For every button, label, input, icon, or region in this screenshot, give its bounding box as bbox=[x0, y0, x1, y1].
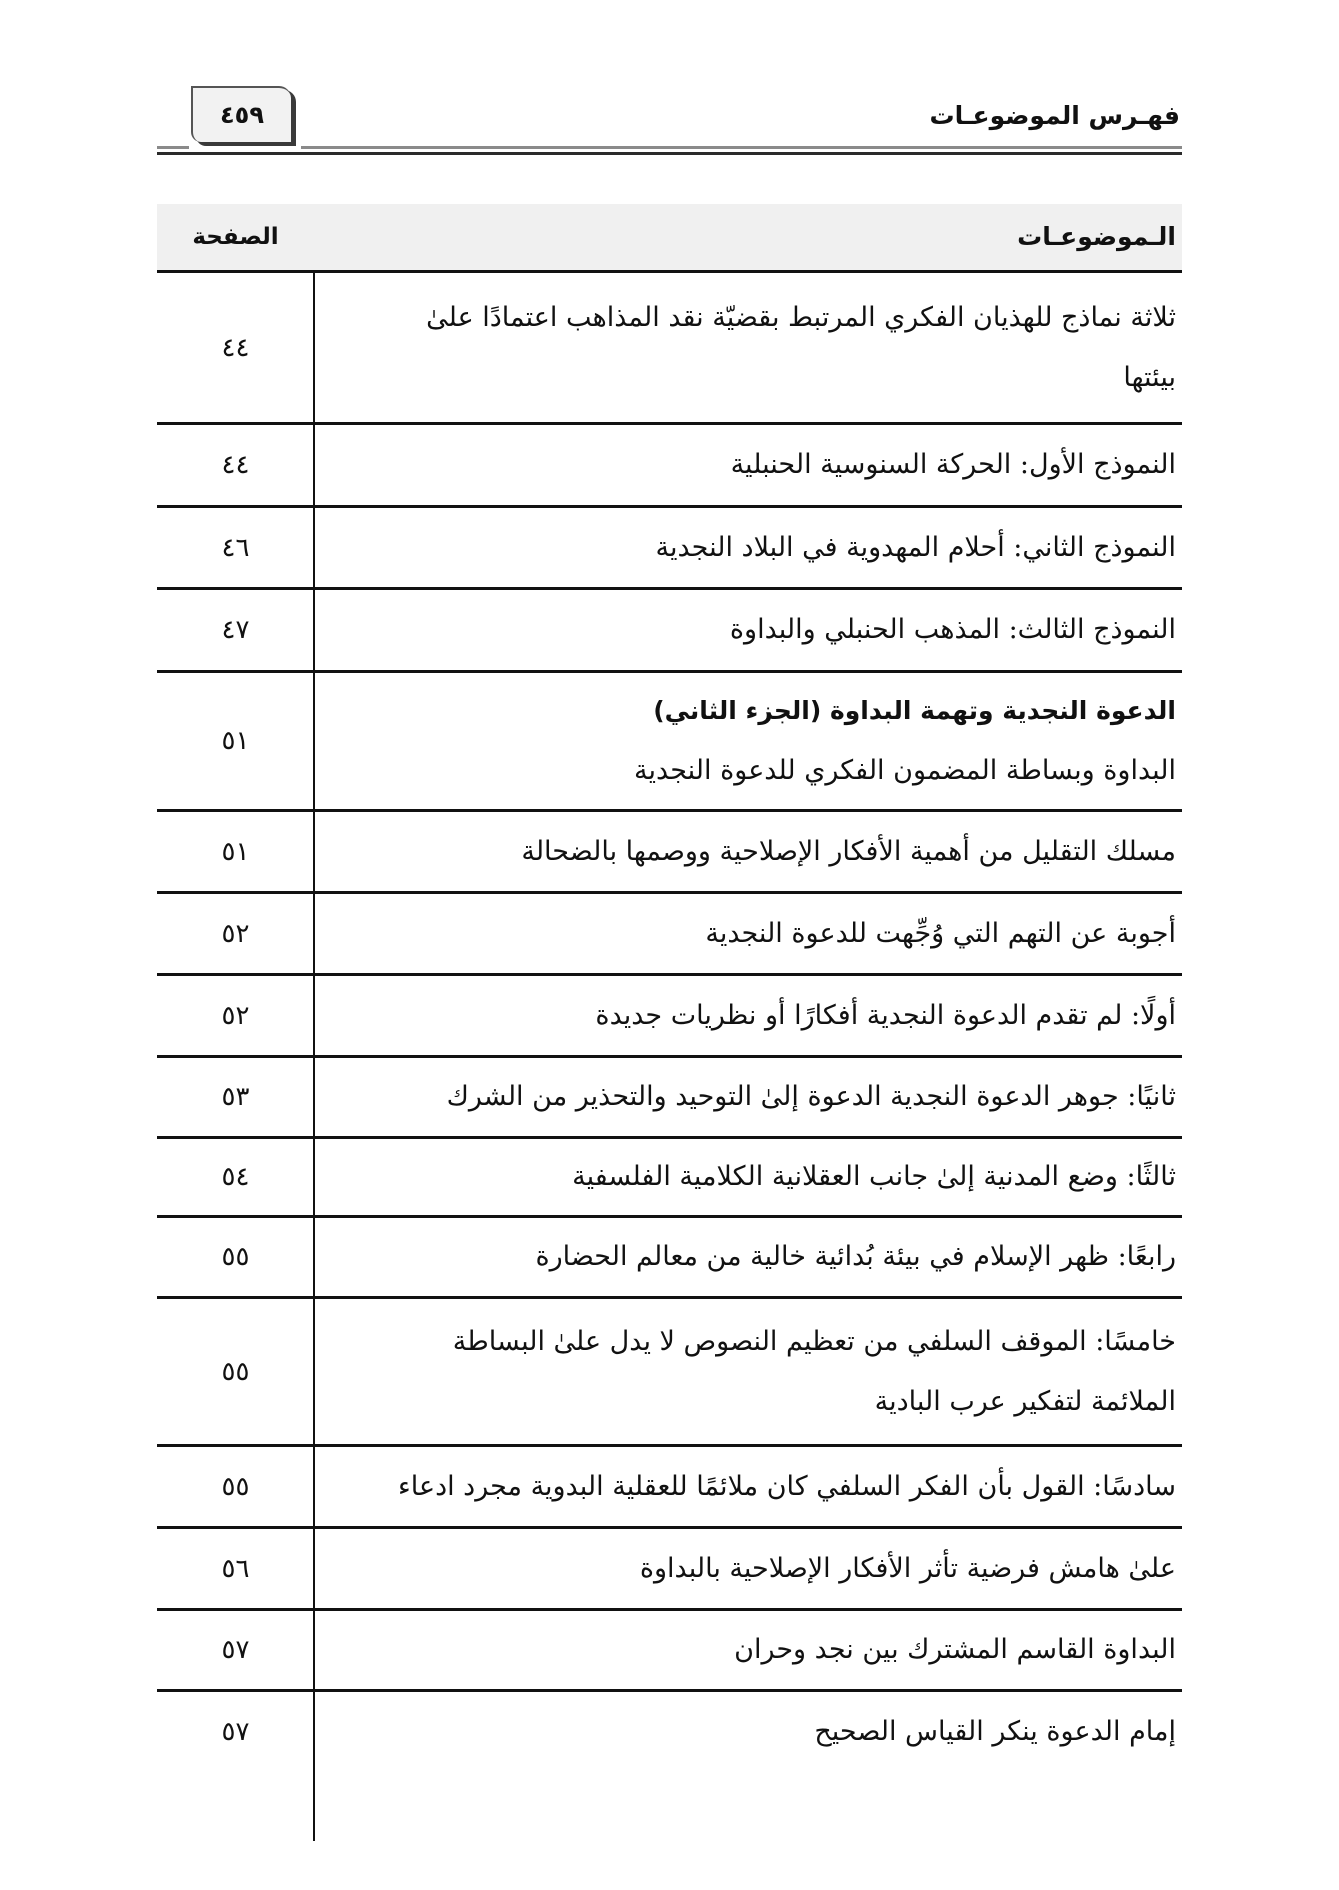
toc-topic-cell: إمام الدعوة ينكر القياس الصحيح bbox=[329, 1692, 1176, 1772]
toc-topic-cell: أجوبة عن التهم التي وُجِّهت للدعوة النجد… bbox=[329, 894, 1176, 973]
toc-row: أولًا: لم تقدم الدعوة النجدية أفكارًا أو… bbox=[157, 976, 1182, 1058]
toc-page-number: ٥٧ bbox=[157, 1692, 314, 1772]
toc-body: ثلاثة نماذج للهذيان الفكري المرتبط بقضيّ… bbox=[157, 273, 1182, 1772]
toc-row: النموذج الأول: الحركة السنوسية الحنبلية … bbox=[157, 425, 1182, 508]
toc-row: خامسًا: الموقف السلفي من تعظيم النصوص لا… bbox=[157, 1299, 1182, 1447]
toc-row: الدعوة النجدية وتهمة البداوة (الجزء الثا… bbox=[157, 673, 1182, 812]
running-header-title: فهـرس الموضوعـات bbox=[929, 96, 1180, 136]
toc-topic-line: النموذج الأول: الحركة السنوسية الحنبلية bbox=[731, 435, 1176, 495]
header-rule-gray-left bbox=[157, 146, 189, 149]
toc-topic-line: ثلاثة نماذج للهذيان الفكري المرتبط بقضيّ… bbox=[426, 288, 1176, 348]
toc-topic-cell: أولًا: لم تقدم الدعوة النجدية أفكارًا أو… bbox=[329, 976, 1176, 1055]
toc-page-number: ٥٥ bbox=[157, 1447, 314, 1526]
toc-topic-line: علىٰ هامش فرضية تأثر الأفكار الإصلاحية ب… bbox=[640, 1539, 1176, 1599]
toc-topic-cell: ثالثًا: وضع المدنية إلىٰ جانب العقلانية … bbox=[329, 1139, 1176, 1215]
toc-row: أجوبة عن التهم التي وُجِّهت للدعوة النجد… bbox=[157, 894, 1182, 976]
toc-row: علىٰ هامش فرضية تأثر الأفكار الإصلاحية ب… bbox=[157, 1529, 1182, 1611]
toc-topic-cell: رابعًا: ظهر الإسلام في بيئة بُدائية خالي… bbox=[329, 1218, 1176, 1296]
toc-topic-cell: الدعوة النجدية وتهمة البداوة (الجزء الثا… bbox=[329, 673, 1176, 809]
toc-topic-line: البداوة القاسم المشترك بين نجد وحران bbox=[734, 1620, 1176, 1680]
toc-topic-line: أجوبة عن التهم التي وُجِّهت للدعوة النجد… bbox=[705, 904, 1176, 964]
toc-topic-cell: خامسًا: الموقف السلفي من تعظيم النصوص لا… bbox=[329, 1299, 1176, 1444]
toc-page-number: ٥٥ bbox=[157, 1299, 314, 1444]
toc-row: ثالثًا: وضع المدنية إلىٰ جانب العقلانية … bbox=[157, 1139, 1182, 1218]
toc-row: النموذج الثاني: أحلام المهدوية في البلاد… bbox=[157, 508, 1182, 590]
toc-topic-line: أولًا: لم تقدم الدعوة النجدية أفكارًا أو… bbox=[595, 986, 1176, 1046]
toc-page-number: ٤٧ bbox=[157, 590, 314, 670]
header-rule-dark bbox=[157, 152, 1182, 155]
header-rule-gray-right bbox=[301, 146, 1182, 149]
toc-topic-cell: ثانيًا: جوهر الدعوة النجدية الدعوة إلىٰ … bbox=[329, 1058, 1176, 1136]
toc-section-heading: الدعوة النجدية وتهمة البداوة (الجزء الثا… bbox=[653, 681, 1176, 741]
toc-page-number: ٥٦ bbox=[157, 1529, 314, 1608]
toc-row: رابعًا: ظهر الإسلام في بيئة بُدائية خالي… bbox=[157, 1218, 1182, 1299]
toc-page-number: ٥٧ bbox=[157, 1611, 314, 1689]
toc-page-number: ٥٢ bbox=[157, 894, 314, 973]
toc-topic-line: رابعًا: ظهر الإسلام في بيئة بُدائية خالي… bbox=[535, 1227, 1176, 1287]
toc-row: مسلك التقليل من أهمية الأفكار الإصلاحية … bbox=[157, 812, 1182, 894]
toc-topic-line: ثانيًا: جوهر الدعوة النجدية الدعوة إلىٰ … bbox=[447, 1067, 1176, 1127]
toc-topic-line: ثالثًا: وضع المدنية إلىٰ جانب العقلانية … bbox=[572, 1147, 1176, 1207]
toc-topic-line: النموذج الثالث: المذهب الحنبلي والبداوة bbox=[730, 600, 1176, 660]
toc-page-number: ٥٢ bbox=[157, 976, 314, 1055]
toc-topic-cell: ثلاثة نماذج للهذيان الفكري المرتبط بقضيّ… bbox=[329, 273, 1176, 422]
toc-page-number: ٥٥ bbox=[157, 1218, 314, 1296]
page-number-box: ٤٥٩ bbox=[191, 86, 291, 142]
toc-table: الـموضوعـات الصفحة ثلاثة نماذج للهذيان ا… bbox=[157, 204, 1182, 1772]
toc-row: النموذج الثالث: المذهب الحنبلي والبداوة … bbox=[157, 590, 1182, 673]
toc-page-number: ٥٣ bbox=[157, 1058, 314, 1136]
toc-topic-cell: مسلك التقليل من أهمية الأفكار الإصلاحية … bbox=[329, 812, 1176, 891]
column-header-topics: الـموضوعـات bbox=[1017, 212, 1176, 262]
toc-page-number: ٥١ bbox=[157, 812, 314, 891]
toc-page-number: ٤٦ bbox=[157, 508, 314, 587]
toc-topic-line: بيئتها bbox=[1123, 348, 1176, 408]
toc-topic-line: البداوة وبساطة المضمون الفكري للدعوة الن… bbox=[634, 741, 1176, 801]
toc-topic-cell: النموذج الأول: الحركة السنوسية الحنبلية bbox=[329, 425, 1176, 505]
toc-topic-line: النموذج الثاني: أحلام المهدوية في البلاد… bbox=[656, 518, 1177, 578]
toc-topic-line: مسلك التقليل من أهمية الأفكار الإصلاحية … bbox=[521, 822, 1176, 882]
toc-page-number: ٤٤ bbox=[157, 273, 314, 422]
toc-topic-line: الملائمة لتفكير عرب البادية bbox=[875, 1372, 1176, 1432]
toc-topic-cell: البداوة القاسم المشترك بين نجد وحران bbox=[329, 1611, 1176, 1689]
toc-topic-cell: علىٰ هامش فرضية تأثر الأفكار الإصلاحية ب… bbox=[329, 1529, 1176, 1608]
toc-topic-line: خامسًا: الموقف السلفي من تعظيم النصوص لا… bbox=[453, 1312, 1176, 1372]
column-header-page: الصفحة bbox=[157, 212, 314, 262]
toc-row: سادسًا: القول بأن الفكر السلفي كان ملائم… bbox=[157, 1447, 1182, 1529]
page-number: ٤٥٩ bbox=[220, 101, 264, 129]
toc-row: إمام الدعوة ينكر القياس الصحيح ٥٧ bbox=[157, 1692, 1182, 1772]
toc-topic-line: سادسًا: القول بأن الفكر السلفي كان ملائم… bbox=[398, 1457, 1176, 1517]
toc-topic-cell: سادسًا: القول بأن الفكر السلفي كان ملائم… bbox=[329, 1447, 1176, 1526]
toc-row: ثلاثة نماذج للهذيان الفكري المرتبط بقضيّ… bbox=[157, 273, 1182, 425]
toc-topic-cell: النموذج الثالث: المذهب الحنبلي والبداوة bbox=[329, 590, 1176, 670]
toc-page-number: ٥٤ bbox=[157, 1139, 314, 1215]
toc-page-number: ٤٤ bbox=[157, 425, 314, 505]
toc-topic-line: إمام الدعوة ينكر القياس الصحيح bbox=[814, 1702, 1176, 1762]
toc-row: ثانيًا: جوهر الدعوة النجدية الدعوة إلىٰ … bbox=[157, 1058, 1182, 1139]
toc-row: البداوة القاسم المشترك بين نجد وحران ٥٧ bbox=[157, 1611, 1182, 1692]
toc-header-row: الـموضوعـات الصفحة bbox=[157, 204, 1182, 273]
toc-page-number: ٥١ bbox=[157, 673, 314, 809]
toc-topic-cell: النموذج الثاني: أحلام المهدوية في البلاد… bbox=[329, 508, 1176, 587]
